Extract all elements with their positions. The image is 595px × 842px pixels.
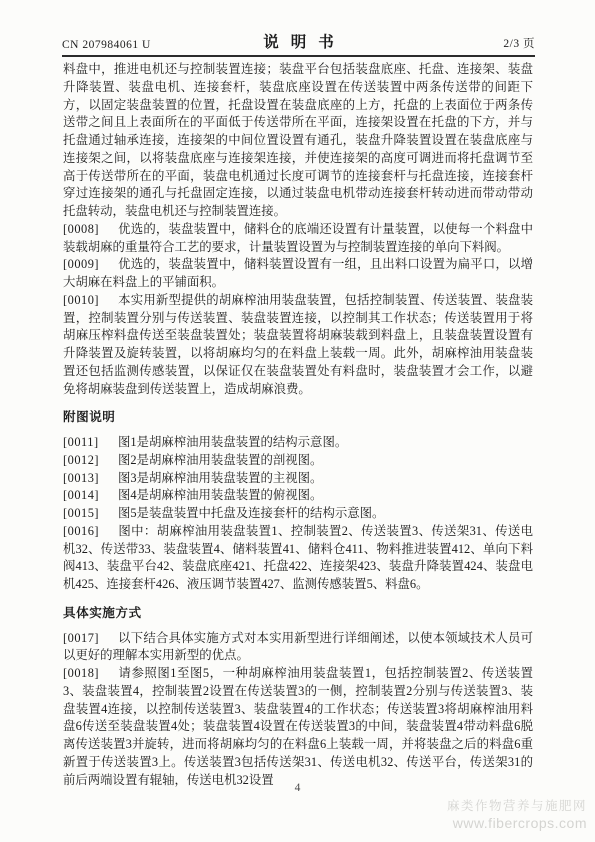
- paragraph: [0008]优选的，装盘装置中，储料仓的底端还设置有计量装置，以使每一个料盘中装…: [63, 221, 533, 257]
- page-number: 4: [0, 782, 595, 794]
- paragraph-tag: [0013]: [63, 470, 118, 488]
- paragraph: [0011]图1是胡麻榨油用装盘装置的结构示意图。: [63, 434, 533, 452]
- watermark-site-url: www.fibercrops.com: [447, 815, 587, 833]
- paragraph-tag: [0017]: [63, 630, 118, 648]
- watermark-site-name: 麻类作物营养与施肥网: [447, 799, 587, 815]
- section-heading: 附图说明: [63, 409, 533, 427]
- paragraph: [0017]以下结合具体实施方式对本实用新型进行详细阐述，以使本领域技术人员可以…: [63, 630, 533, 666]
- paragraph-tag: [0014]: [63, 487, 118, 505]
- document-body: 料盘中，推进电机还与控制装置连接；装盘平台包括装盘底座、托盘、连接架、装盘升降装…: [63, 61, 533, 789]
- paragraph: [0009]优选的，装盘装置中，储料装置设置有一组，且出料口设置为扁平口，以增大…: [63, 256, 533, 292]
- paragraph: [0012]图2是胡麻榨油用装盘装置的剖视图。: [63, 452, 533, 470]
- publication-number: CN 207984061 U: [62, 39, 151, 51]
- page-header: CN 207984061 U 说明书 2/3 页: [62, 30, 535, 57]
- patent-specification-page: CN 207984061 U 说明书 2/3 页 料盘中，推进电机还与控制装置连…: [0, 0, 595, 842]
- paragraph: 料盘中，推进电机还与控制装置连接；装盘平台包括装盘底座、托盘、连接架、装盘升降装…: [63, 61, 533, 221]
- paragraph-tag: [0011]: [63, 434, 118, 452]
- watermark: 麻类作物营养与施肥网 www.fibercrops.com: [447, 799, 587, 832]
- page-indicator: 2/3 页: [503, 35, 535, 51]
- paragraph: [0010]本实用新型提供的胡麻榨油用装盘装置，包括控制装置、传送装置、装盘装置…: [63, 292, 533, 399]
- paragraph-tag: [0015]: [63, 505, 118, 523]
- paragraph: [0015]图5是装盘装置中托盘及连接套杆的结构示意图。: [63, 505, 533, 523]
- paragraph: [0013]图3是胡麻榨油用装盘装置的主视图。: [63, 470, 533, 488]
- paragraph: [0014]图4是胡麻榨油用装盘装置的俯视图。: [63, 487, 533, 505]
- document-title: 说明书: [251, 30, 346, 52]
- paragraph-tag: [0018]: [63, 665, 118, 683]
- paragraph-tag: [0010]: [63, 292, 118, 310]
- paragraph: [0016]图中：胡麻榨油用装盘装置1、控制装置2、传送装置3、传送架31、传送…: [63, 523, 533, 594]
- paragraph-tag: [0012]: [63, 452, 118, 470]
- paragraph-tag: [0009]: [63, 256, 118, 274]
- paragraph-tag: [0008]: [63, 221, 118, 239]
- section-heading: 具体实施方式: [63, 605, 533, 623]
- paragraph: [0018]请参照图1至图5，一种胡麻榨油用装盘装置1，包括控制装置2、传送装置…: [63, 665, 533, 789]
- paragraph-tag: [0016]: [63, 523, 118, 541]
